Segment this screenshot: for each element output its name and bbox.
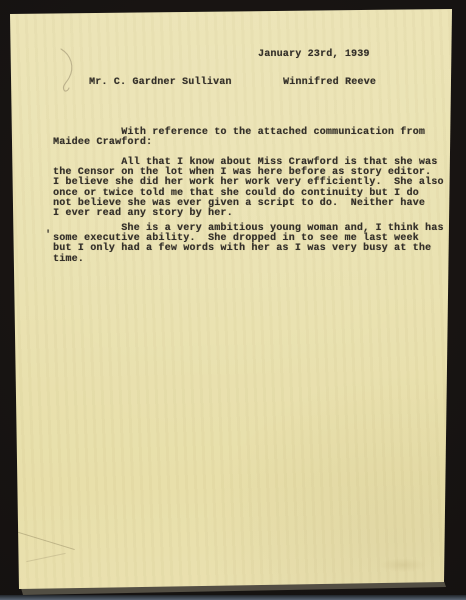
scan-bottom-strip — [0, 595, 466, 600]
paper-crease — [26, 553, 65, 562]
scanned-letter-page: January 23rd, 1939 Mr. C. Gardner Sulliv… — [0, 0, 466, 600]
stray-ink-mark: ' — [45, 231, 51, 241]
letter-date: January 23rd, 1939 — [258, 50, 370, 60]
paper-crease — [15, 531, 75, 550]
paragraph-body: All that I know about Miss Crawford is t… — [53, 158, 444, 219]
sender-name: Winnifred Reeve — [283, 78, 376, 88]
letter-paper: January 23rd, 1939 Mr. C. Gardner Sulliv… — [0, 0, 466, 600]
recipient-name: Mr. C. Gardner Sullivan — [89, 78, 232, 88]
paper-smudge — [380, 558, 426, 572]
pencil-squiggle-icon — [55, 45, 81, 95]
paragraph-intro: With reference to the attached communica… — [53, 128, 425, 148]
paragraph-closing: She is a very ambitious young woman and,… — [53, 224, 444, 265]
